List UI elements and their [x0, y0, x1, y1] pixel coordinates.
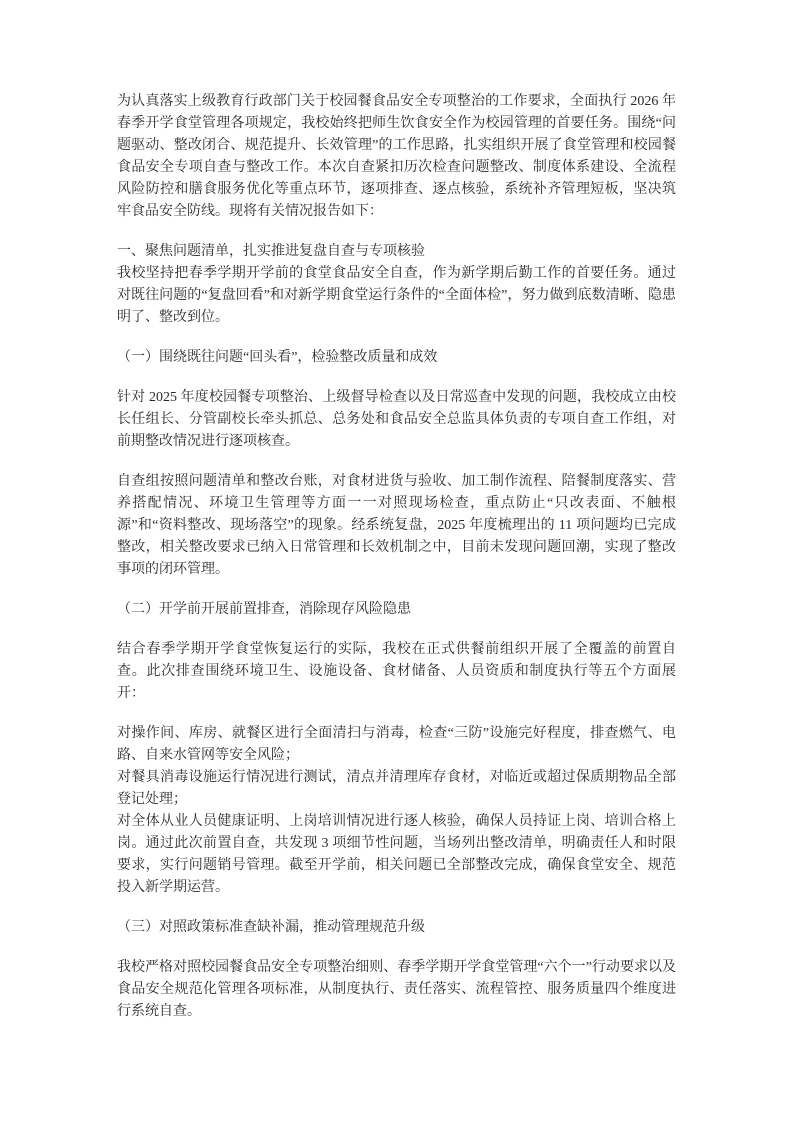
- section-1-intro-paragraph: 我校坚持把春季学期开学前的食堂食品安全自查，作为新学期后勤工作的首要任务。通过对…: [117, 263, 676, 329]
- subsection-1-3-paragraph-1: 我校严格对照校园餐食品安全专项整治细则、春季学期开学食堂管理“六个一”行动要求以…: [117, 957, 676, 1023]
- subsection-1-2-item-1: 对操作间、库房、就餐区进行全面清扫与消毒，检查“三防”设施完好程度，排查燃气、电…: [117, 723, 676, 767]
- subsection-1-1-heading: （一）围绕既往问题“回头看”，检验整改质量和成效: [117, 347, 676, 369]
- subsection-1-1-paragraph-2: 自查组按照问题清单和整改台账，对食材进货与验收、加工制作流程、陪餐制度落实、营养…: [117, 471, 676, 581]
- subsection-1-2-paragraph-1: 结合春季学期开学食堂恢复运行的实际，我校在正式供餐前组织开展了全覆盖的前置自查。…: [117, 639, 676, 705]
- subsection-1-1-paragraph-1: 针对 2025 年度校园餐专项整治、上级督导检查以及日常巡查中发现的问题，我校成…: [117, 387, 676, 453]
- subsection-1-2-heading: （二）开学前开展前置排查，消除现存风险隐患: [117, 599, 676, 621]
- subsection-1-2-item-2: 对餐具消毒设施运行情况进行测试，清点并清理库存食材，对临近或超过保质期物品全部登…: [117, 767, 676, 811]
- subsection-1-2-item-3: 对全体从业人员健康证明、上岗培训情况进行逐人核验，确保人员持证上岗、培训合格上岗…: [117, 811, 676, 899]
- document-page: 为认真落实上级教育行政部门关于校园餐食品安全专项整治的工作要求，全面执行 202…: [0, 0, 793, 1122]
- document-body: 为认真落实上级教育行政部门关于校园餐食品安全专项整治的工作要求，全面执行 202…: [117, 91, 676, 1023]
- intro-paragraph: 为认真落实上级教育行政部门关于校园餐食品安全专项整治的工作要求，全面执行 202…: [117, 91, 676, 223]
- section-1-heading: 一、聚焦问题清单，扎实推进复盘自查与专项核验: [117, 241, 676, 263]
- subsection-1-3-heading: （三）对照政策标准查缺补漏，推动管理规范升级: [117, 917, 676, 939]
